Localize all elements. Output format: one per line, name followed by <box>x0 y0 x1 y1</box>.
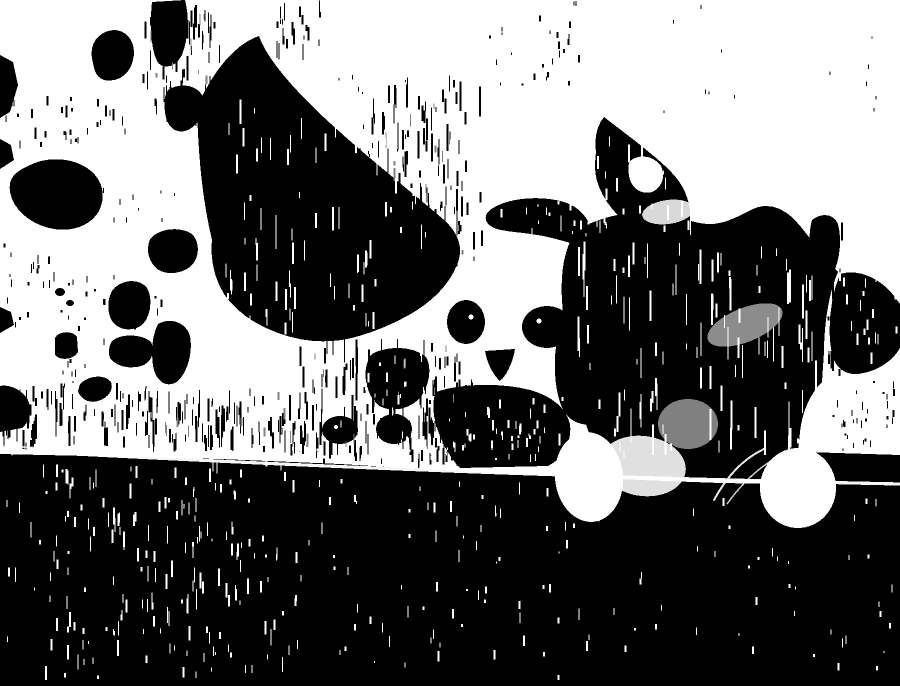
right-edge-streak-patch <box>810 215 841 277</box>
sweep-lower-blob-a <box>148 229 198 273</box>
left-kitten-eye-left <box>55 332 78 359</box>
left-kitten-spot-b <box>66 300 74 306</box>
kitten-photo-svg <box>0 0 900 686</box>
center-eye-right-glint <box>537 319 542 324</box>
left-kitten-brow-patch <box>108 281 150 329</box>
center-kitten-eye-left <box>447 300 485 344</box>
left-kitten-spot-a <box>55 288 65 296</box>
center-eye-left-glint <box>469 315 474 320</box>
right-body-soft-white-b <box>658 399 718 449</box>
left-kitten-eye-right <box>109 335 153 367</box>
middle-eye-glint <box>334 425 338 429</box>
dithered-kitten-photo <box>0 0 900 686</box>
